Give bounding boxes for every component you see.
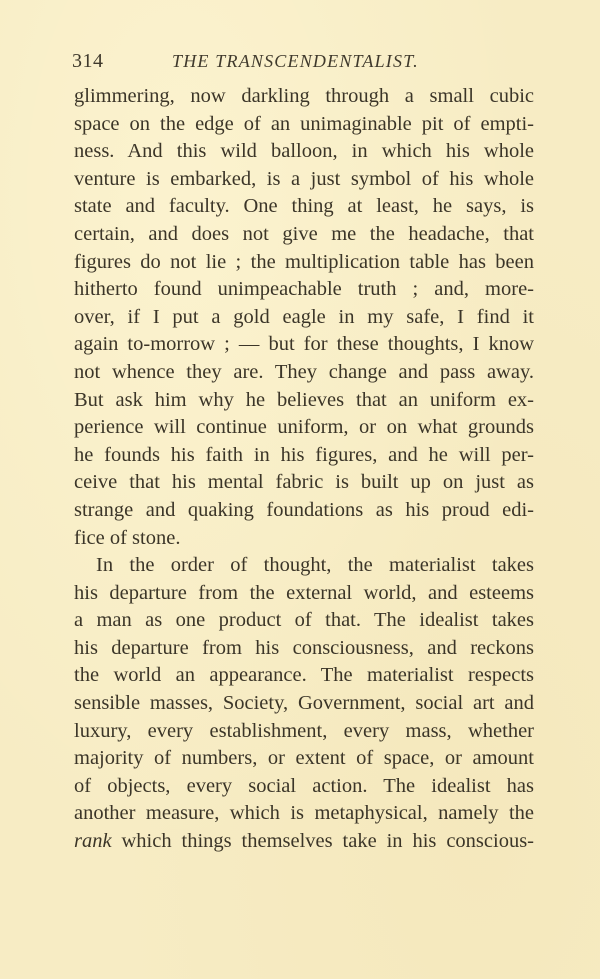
paragraph-end-line: fice of stone. — [74, 525, 534, 553]
text-line: luxury, every establishment, every mass,… — [74, 718, 534, 746]
book-page: 314 THE TRANSCENDENTALIST. glimmering, n… — [0, 0, 600, 979]
text-line: But ask him why he believes that an unif… — [74, 387, 534, 415]
text-line: sensible masses, Society, Government, so… — [74, 690, 534, 718]
text-line: glimmering, now darkling through a small… — [74, 83, 534, 111]
text-line: his departure from his consciousness, an… — [74, 635, 534, 663]
text-line-rest: which things themselves take in his cons… — [112, 830, 534, 852]
text-line: majority of numbers, or extent of space,… — [74, 745, 534, 773]
body-text: glimmering, now darkling through a small… — [74, 83, 534, 856]
text-line-with-italic: rank which things themselves take in his… — [74, 828, 534, 856]
text-line: his departure from the external world, a… — [74, 580, 534, 608]
text-line: hitherto found unimpeachable truth ; and… — [74, 276, 534, 304]
text-line: space on the edge of an unimaginable pit… — [74, 111, 534, 139]
page-number: 314 — [72, 48, 104, 74]
text-line: not whence they are. They change and pas… — [74, 359, 534, 387]
text-line: of objects, every social action. The ide… — [74, 773, 534, 801]
text-line: he founds his faith in his figures, and … — [74, 442, 534, 470]
text-line: another measure, which is metaphysical, … — [74, 800, 534, 828]
text-line: again to-morrow ; — but for these though… — [74, 331, 534, 359]
italic-word: rank — [74, 830, 112, 852]
text-line: a man as one product of that. The ideali… — [74, 607, 534, 635]
text-line: figures do not lie ; the multiplication … — [74, 249, 534, 277]
text-line: state and faculty. One thing at least, h… — [74, 193, 534, 221]
paragraph-start-line: In the order of thought, the materialist… — [74, 552, 534, 580]
text-line: the world an appearance. The materialist… — [74, 662, 534, 690]
text-line: venture is embarked, is a just symbol of… — [74, 166, 534, 194]
text-line: ceive that his mental fabric is built up… — [74, 469, 534, 497]
running-title: THE TRANSCENDENTALIST. — [172, 48, 419, 74]
text-line: ness. And this wild balloon, in which hi… — [74, 138, 534, 166]
text-line: over, if I put a gold eagle in my safe, … — [74, 304, 534, 332]
text-line: perience will continue uniform, or on wh… — [74, 414, 534, 442]
text-line: strange and quaking foundations as his p… — [74, 497, 534, 525]
text-line: certain, and does not give me the headac… — [74, 221, 534, 249]
running-head: 314 THE TRANSCENDENTALIST. — [72, 48, 542, 74]
